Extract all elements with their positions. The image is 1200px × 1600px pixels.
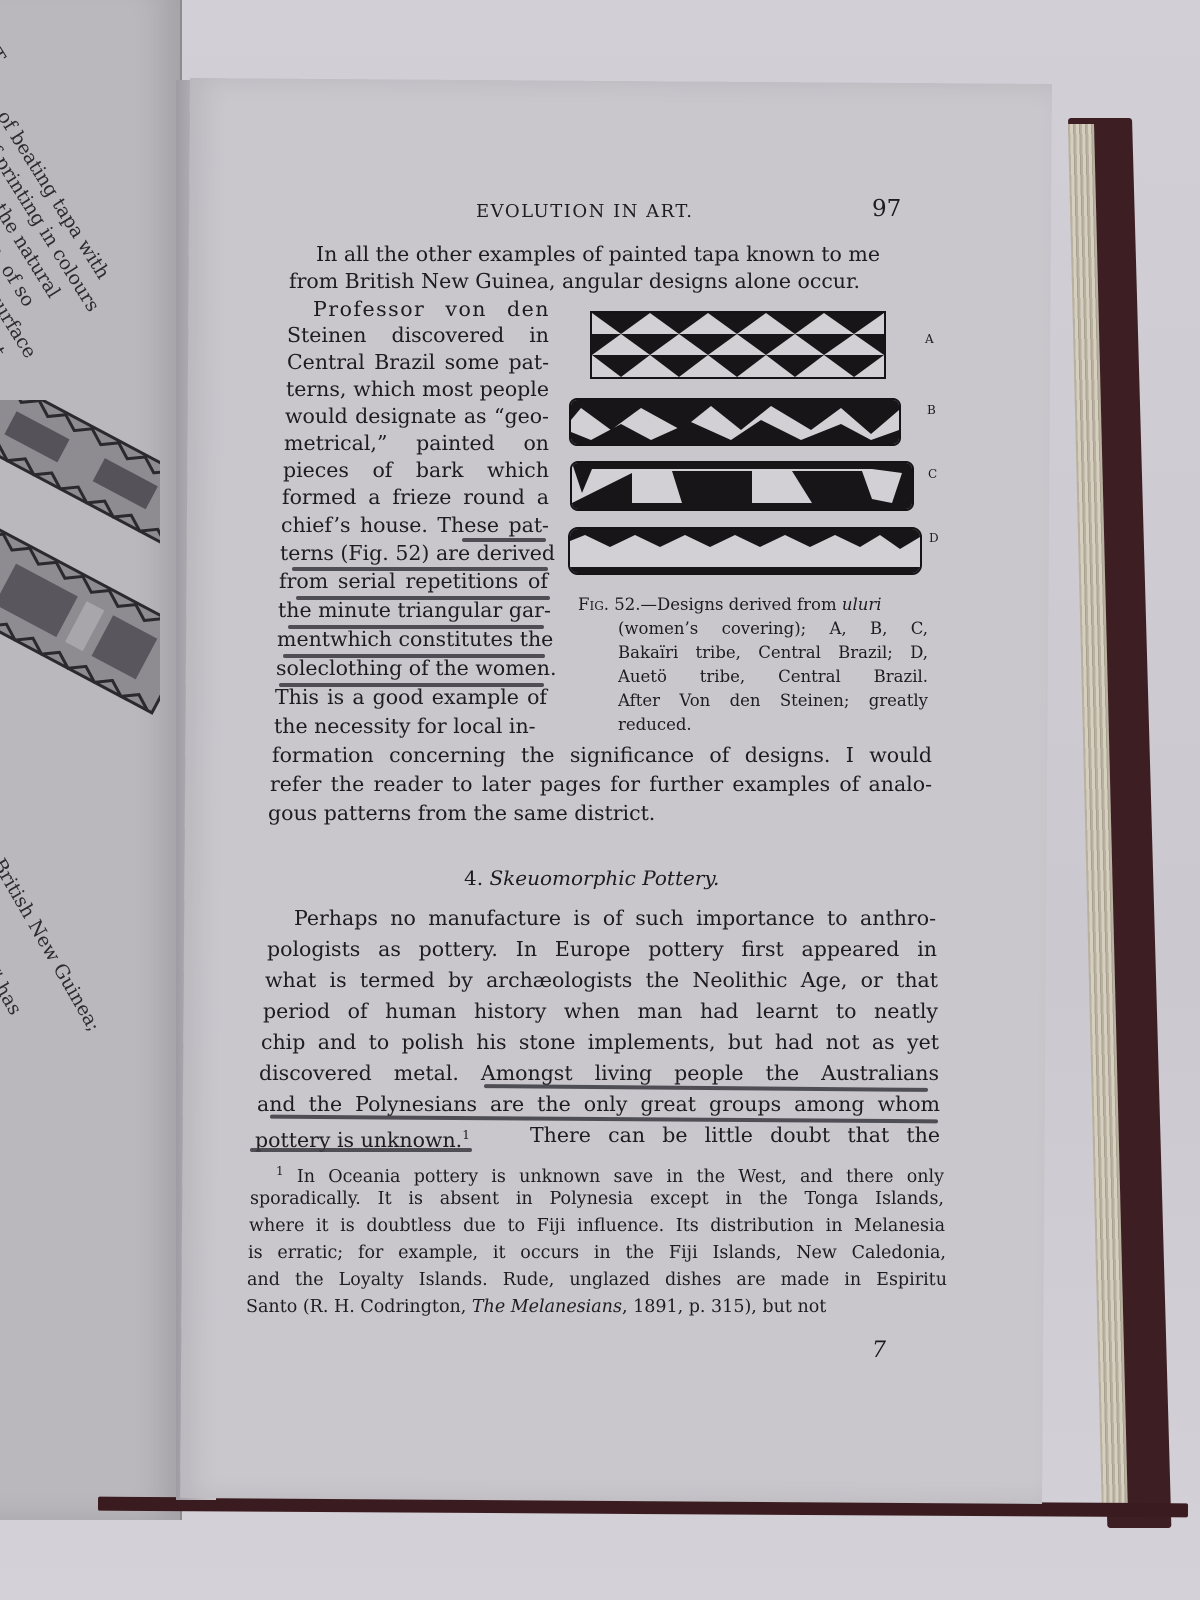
caption-italic: uluri xyxy=(842,595,882,614)
body-line: pologists as pottery. In Europe pottery … xyxy=(267,936,937,962)
caption-line: After Von den Steinen; greatly xyxy=(618,689,928,713)
footnote-line: Santo (R. H. Codrington, The Melanesians… xyxy=(246,1294,826,1321)
pencil-underline xyxy=(250,1148,472,1152)
body-line-underlined: mentwhich constitutes the xyxy=(277,626,547,652)
body-line: period of human history when man had lea… xyxy=(263,998,938,1024)
pencil-underline xyxy=(279,683,544,687)
caption-line: Bakaïri tribe, Central Brazil; D, xyxy=(618,641,928,665)
body-line: metrical,” painted on xyxy=(284,430,549,456)
figure-label-a: A xyxy=(925,332,934,346)
pattern-strip-b xyxy=(569,398,901,446)
pencil-underline xyxy=(292,567,548,571)
body-line: formed a frieze round a xyxy=(282,484,549,510)
caption-text: —Designs derived from xyxy=(641,595,842,614)
footnote-line: In Oceania pottery is unknown save in th… xyxy=(297,1167,944,1187)
body-line: the necessity for local in- xyxy=(274,713,536,739)
body-line: Perhaps no manufacture is of such import… xyxy=(294,905,936,931)
caption-line: Auetö tribe, Central Brazil. xyxy=(618,665,928,689)
footnote-book-title: The Melanesians xyxy=(472,1297,622,1317)
pencil-underline xyxy=(283,654,545,658)
footnote-line: and the Loyalty Islands. Rude, unglazed … xyxy=(247,1267,947,1294)
body-line-underlined: discovered metal. Amongst living people … xyxy=(259,1060,939,1086)
section-heading: 4. Skeuomorphic Pottery. xyxy=(464,866,719,890)
footnote-ref: 1 xyxy=(462,1128,470,1142)
footnote-line: sporadically. It is absent in Polynesia … xyxy=(250,1186,944,1213)
body-line: Central Brazil some pat- xyxy=(287,349,549,375)
body-line: from British New Guinea, angular designs… xyxy=(289,268,860,294)
left-page: ART. practice of beating tapa with disco… xyxy=(0,0,182,1520)
signature-mark: 7 xyxy=(872,1338,886,1363)
page-number: 97 xyxy=(872,196,898,222)
body-line: chip and to polish his stone implements,… xyxy=(261,1029,939,1055)
pattern-strip-d xyxy=(568,527,922,575)
footnote-line: is erratic; for example, it occurs in th… xyxy=(248,1240,946,1267)
figure-label-b: B xyxy=(927,403,936,417)
body-line: refer the reader to later pages for furt… xyxy=(270,771,932,797)
caption-line: (women’s covering); A, B, C, xyxy=(618,617,928,641)
body-line: would designate as “geo- xyxy=(285,403,549,429)
figure-number: Fig. 52. xyxy=(578,595,641,614)
pencil-underline xyxy=(462,538,546,542)
running-head-title: EVOLUTION IN ART. xyxy=(476,201,693,222)
body-line: what is termed by archæologists the Neol… xyxy=(265,967,938,993)
body-line-underlined: soleclothing of the women. xyxy=(276,655,547,681)
section-title: Skeuomorphic Pottery. xyxy=(489,866,719,890)
body-line: terns, which most people xyxy=(286,376,549,402)
body-line: formation concerning the significance of… xyxy=(272,742,932,768)
left-page-belt-illustration xyxy=(0,400,160,740)
footnote-text: , 1891, p. 315), but not xyxy=(622,1297,826,1317)
body-line-underlined: from serial repetitions of xyxy=(279,568,548,594)
body-line-underlined: the minute triangular gar- xyxy=(278,597,548,623)
body-line: In all the other examples of painted tap… xyxy=(316,241,880,267)
figure-label-c: C xyxy=(928,467,938,481)
left-page-text-bottom: punu, British New Guinea; al size. ‘natu… xyxy=(0,800,170,1309)
footnote-line: where it is doubtless due to Fiji influe… xyxy=(249,1213,945,1240)
body-line: This is a good example of xyxy=(275,684,547,710)
footnote-text: Santo (R. H. Codrington, xyxy=(246,1297,472,1317)
body-line: pieces of bark which xyxy=(283,457,549,483)
figure-label-d: D xyxy=(929,531,939,545)
body-line: chief’s house. These pat- xyxy=(281,512,549,538)
body-line: Professor von den xyxy=(313,296,550,322)
footnote-marker: 1 xyxy=(276,1164,284,1178)
body-line: Steinen discovered in xyxy=(287,322,549,348)
body-line-underlined: and the Polynesians are the only great g… xyxy=(257,1091,940,1117)
pattern-strip-a xyxy=(590,311,886,379)
body-line-underlined: terns (Fig. 52) are derived xyxy=(280,540,548,566)
pencil-underline xyxy=(288,625,544,629)
section-number: 4. xyxy=(464,866,483,890)
caption-line: reduced. xyxy=(618,713,692,737)
body-line: gous patterns from the same district. xyxy=(268,800,655,826)
body-line: There can be little doubt that the xyxy=(530,1122,940,1148)
pencil-underline xyxy=(296,596,550,600)
pattern-strip-c xyxy=(570,461,914,511)
running-head: EVOLUTION IN ART. 97 xyxy=(288,118,888,148)
